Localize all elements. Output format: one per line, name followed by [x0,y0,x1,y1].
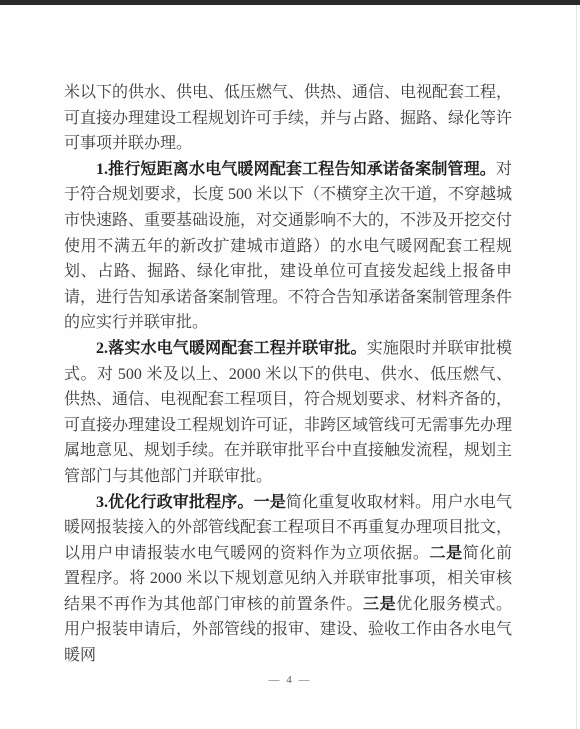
document-body: 米以下的供水、供电、低压燃气、供热、通信、电视配套工程，可直接办理建设工程规划许… [64,80,512,669]
scan-right-edge [576,5,577,729]
text-run: 米以下的供水、供电、低压燃气、供热、通信、电视配套工程，可直接办理建设工程规划许… [64,84,512,152]
paragraph: 1.推行短距离水电气暖网配套工程告知承诺备案制管理。对于符合规划要求，长度 50… [64,157,512,336]
document-page: 米以下的供水、供电、低压燃气、供热、通信、电视配套工程，可直接办理建设工程规划许… [0,0,580,729]
scan-top-edge [0,0,580,5]
bold-text-run: 1.推行短距离水电气暖网配套工程告知承诺备案制管理。 [96,161,496,178]
text-run: 对于符合规划要求，长度 500 米以下（不横穿主次干道，不穿越城市快速路、重要基… [64,161,512,332]
page-number: — 4 — [0,674,580,686]
paragraph: 2.落实水电气暖网配套工程并联审批。实施限时并联审批模式。对 500 米及以上、… [64,336,512,490]
paragraph: 3.优化行政审批程序。一是简化重复收取材料。用户水电气暖网报装接入的外部管线配套… [64,490,512,669]
bold-text-run: 3.优化行政审批程序。一是 [96,494,286,511]
paragraph: 米以下的供水、供电、低压燃气、供热、通信、电视配套工程，可直接办理建设工程规划许… [64,80,512,157]
bold-text-run: 2.落实水电气暖网配套工程并联审批。 [96,340,367,357]
bold-text-run: 二是 [430,545,463,562]
bold-text-run: 三是 [363,596,396,613]
text-run: 实施限时并联审批模式。对 500 米及以上、2000 米以下的供电、供水、低压燃… [64,340,512,485]
